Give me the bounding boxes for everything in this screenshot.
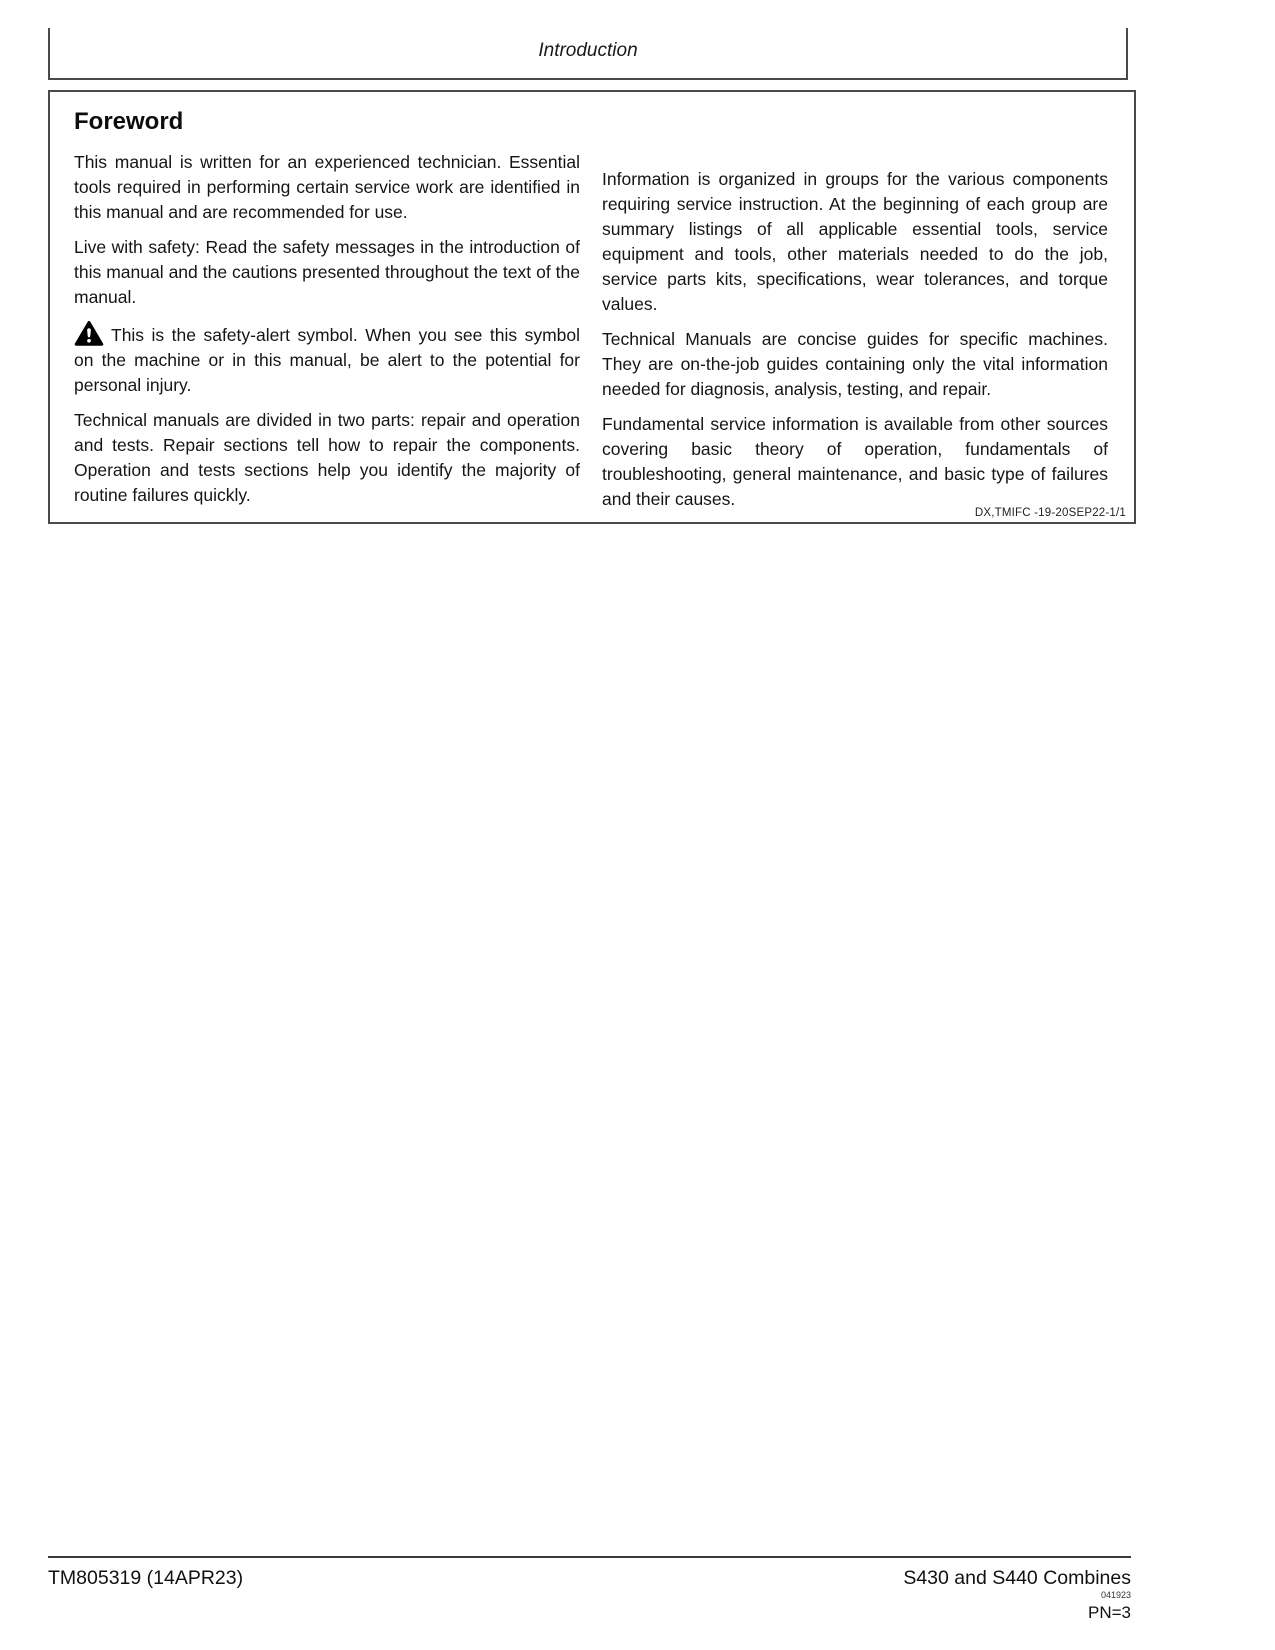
manual-page: Introduction Foreword This manual is wri… — [0, 0, 1275, 1650]
foreword-heading: Foreword — [74, 108, 1134, 136]
manual-number: TM805319 (14APR23) — [48, 1567, 243, 1590]
safety-alert-icon — [74, 320, 104, 347]
foreword-columns: This manual is written for an experience… — [50, 150, 1134, 522]
document-revision-code: DX,TMIFC -19-20SEP22-1/1 — [975, 507, 1126, 519]
paragraph: Information is organized in groups for t… — [602, 167, 1108, 317]
right-column: Information is organized in groups for t… — [602, 167, 1108, 522]
left-column: This manual is written for an experience… — [74, 150, 580, 522]
paragraph: Fundamental service information is avail… — [602, 412, 1108, 512]
paragraph: Technical manuals are divided in two par… — [74, 408, 580, 508]
paragraph: This manual is written for an experience… — [74, 150, 580, 225]
paragraph: Live with safety: Read the safety messag… — [74, 235, 580, 310]
page-footer: TM805319 (14APR23) S430 and S440 Combine… — [48, 1556, 1131, 1623]
footer-date-code: 041923 — [48, 1591, 1131, 1600]
paragraph: Technical Manuals are concise guides for… — [602, 327, 1108, 402]
section-title: Introduction — [538, 40, 637, 66]
safety-alert-paragraph: This is the safety-alert symbol. When yo… — [74, 320, 580, 398]
page-number: PN=3 — [48, 1603, 1131, 1623]
foreword-section: Foreword This manual is written for an e… — [48, 90, 1136, 524]
page-header: Introduction — [48, 28, 1128, 80]
footer-row: TM805319 (14APR23) S430 and S440 Combine… — [48, 1567, 1131, 1590]
paragraph-text: This is the safety-alert symbol. When yo… — [74, 325, 580, 395]
machine-models: S430 and S440 Combines — [903, 1567, 1131, 1590]
